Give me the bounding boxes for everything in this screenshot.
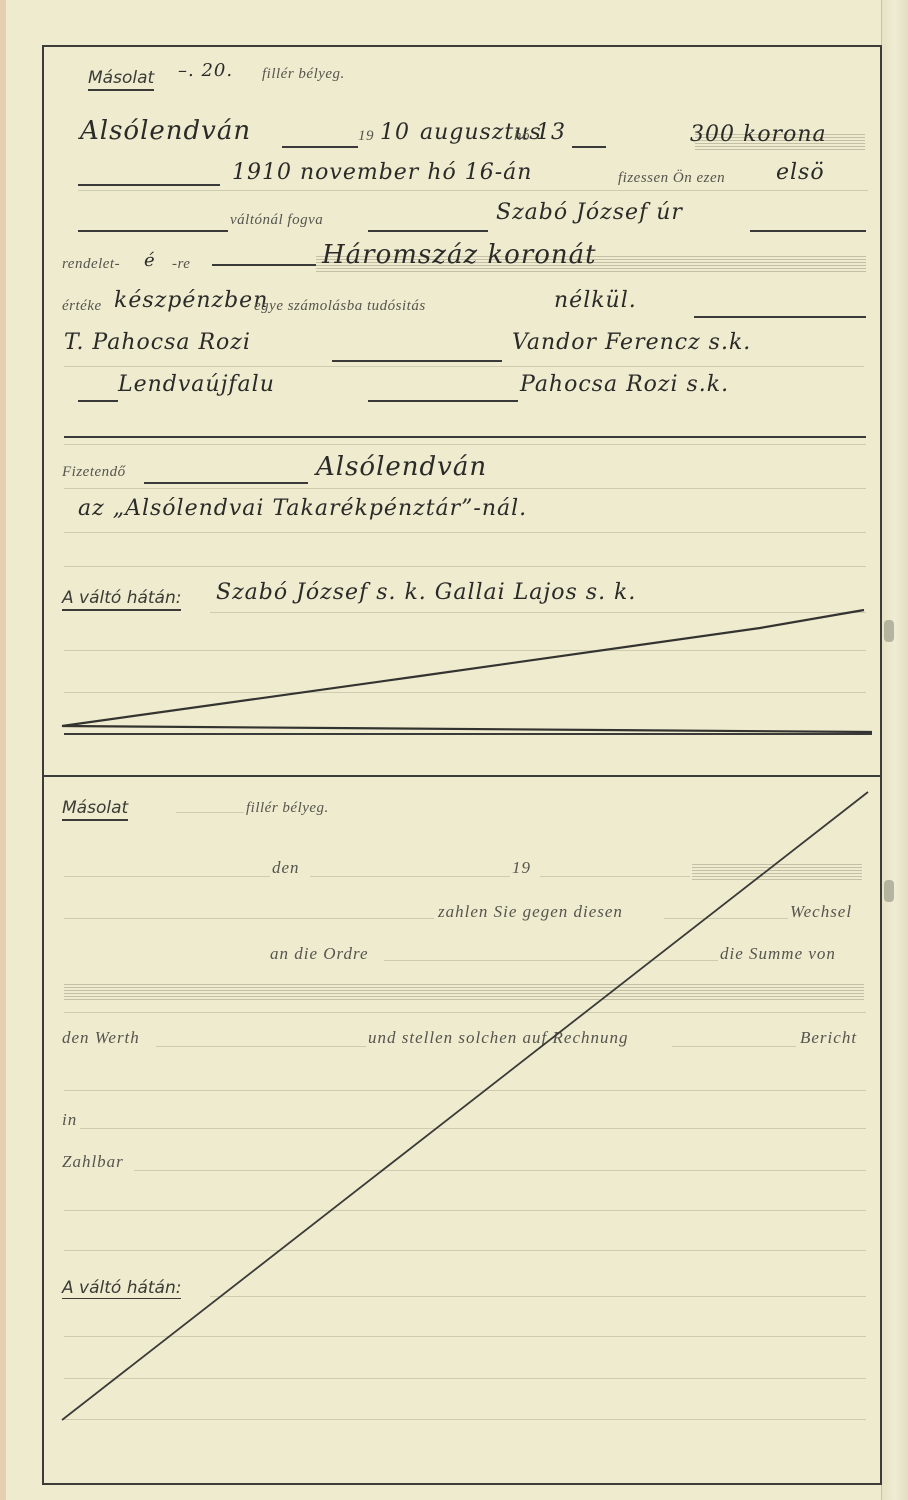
drawee-place-rule [368, 400, 518, 402]
place-rule-left [78, 400, 118, 402]
signature-separator [64, 436, 866, 438]
pay-label-2: zahlen Sie gegen diesen [438, 902, 623, 922]
day-value: 13 [536, 120, 566, 145]
line [664, 918, 788, 919]
line [64, 1210, 866, 1211]
endorsement-label-2: A váltó hátán: [62, 1278, 181, 1299]
day-rule [572, 146, 606, 148]
place-value: Alsólendván [80, 116, 251, 146]
account-rule [694, 316, 866, 318]
payee-rule [750, 230, 866, 232]
line [134, 1170, 866, 1171]
line [64, 444, 866, 445]
line [64, 1250, 866, 1251]
year-label-2: 19 [512, 858, 531, 878]
binding-clip [884, 880, 894, 902]
account-label-2: und stellen solchen auf Rechnung [368, 1028, 629, 1048]
stamp-label-2: fillér bélyeg. [246, 800, 329, 817]
line [64, 692, 866, 693]
order-label-2: an die Ordre [270, 944, 369, 964]
stamp-label: fillér bélyeg. [262, 66, 345, 83]
amount-hatch-2 [692, 862, 862, 880]
report-label: Bericht [800, 1028, 857, 1048]
form-divider [42, 775, 882, 777]
line [64, 488, 866, 489]
endorsement-close-rule [64, 733, 872, 735]
order-label-prefix: rendelet- [62, 256, 120, 273]
payable-label-2: Zahlbar [62, 1152, 124, 1172]
bill-label-2: Wechsel [790, 902, 852, 922]
words-hatch-2 [64, 982, 864, 1000]
page-edge [0, 0, 6, 1500]
line [384, 960, 718, 961]
line [672, 1046, 796, 1047]
payable-rule [144, 482, 308, 484]
line [78, 190, 868, 191]
year-prefix: 19 [358, 128, 374, 145]
year-value: 10 [380, 120, 410, 145]
line [64, 1090, 866, 1091]
value-label: értéke [62, 298, 102, 315]
line [540, 876, 690, 877]
bill-rule [78, 230, 228, 232]
line [64, 1378, 866, 1379]
line [210, 1296, 866, 1297]
value-label-2: den Werth [62, 1028, 140, 1048]
endorsements-value: Szabó József s. k. Gallai Lajos s. k. [216, 580, 636, 605]
line [64, 1012, 866, 1013]
sum-label: die Summe von [720, 944, 836, 964]
line [64, 532, 866, 533]
amount-value: 300 korona [690, 122, 827, 147]
line [64, 918, 434, 919]
drawer-value: Vandor Ferencz s.k. [512, 330, 751, 355]
order-label-suffix: -re [172, 256, 190, 273]
drawee-place: Lendvaújfalu [118, 372, 275, 397]
line [64, 650, 866, 651]
place-rule [282, 146, 358, 148]
book-spine [881, 0, 908, 1500]
order-value: é [144, 250, 156, 271]
binding-clip [884, 620, 894, 642]
line [310, 876, 510, 877]
account-value: nélkül. [554, 288, 637, 313]
amount-words: Háromszáz koronát [322, 240, 597, 270]
bill-label: váltónál fogva [230, 212, 323, 229]
payee-value: Szabó József úr [496, 200, 683, 225]
den-label: den [272, 858, 300, 878]
payable-at: az „Alsólendvai Takarékpénztár”-nál. [78, 496, 527, 521]
value-text: készpénzben [114, 288, 268, 313]
pay-value: elsö [776, 160, 825, 185]
bill-rule-2 [368, 230, 488, 232]
endorsement-label: A váltó hátán: [62, 588, 181, 611]
line [64, 366, 864, 367]
line [64, 566, 866, 567]
stamp-value: –. 20. [178, 60, 233, 81]
line [210, 612, 866, 613]
copy-label: Másolat [88, 68, 154, 91]
due-date: 1910 november hó 16-án [232, 160, 532, 185]
line [80, 1128, 866, 1129]
month-label: hó [514, 128, 530, 145]
order-rule [212, 264, 316, 266]
line [176, 812, 244, 813]
line [64, 1419, 866, 1420]
line [156, 1046, 366, 1047]
drawee-value: T. Pahocsa Rozi [64, 330, 251, 355]
pay-label: fizessen Ön ezen [618, 170, 725, 187]
in-label: in [62, 1110, 77, 1130]
account-label: egye számolásba tudósitás [254, 298, 426, 315]
line [64, 1336, 866, 1337]
payable-place: Alsólendván [316, 452, 487, 482]
drawer-signature: Pahocsa Rozi s.k. [520, 372, 729, 397]
drawee-rule [332, 360, 502, 362]
line [64, 876, 270, 877]
payable-label: Fizetendő [62, 464, 126, 481]
due-rule [78, 184, 220, 186]
copy-label-2: Másolat [62, 798, 128, 821]
